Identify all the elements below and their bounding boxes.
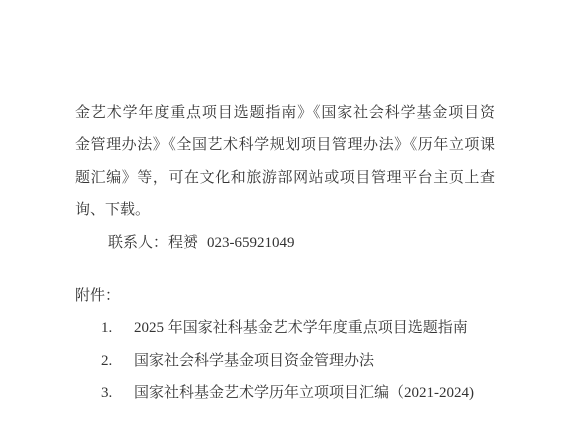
attachment-item-1: 1. 2025 年国家社科基金艺术学年度重点项目选题指南 bbox=[75, 312, 495, 344]
contact-line: 联系人：程赟023-65921049 bbox=[75, 227, 495, 259]
document-page: 金艺术学年度重点项目选题指南》《国家社会科学基金项目资 金管理办法》《全国艺术科… bbox=[0, 0, 568, 428]
paragraph-line-4: 询、下载。 bbox=[75, 194, 495, 226]
attachments-label: 附件： bbox=[75, 280, 495, 312]
contact-phone: 023-65921049 bbox=[207, 235, 295, 251]
attachment-item-3: 3. 国家社科基金艺术学历年立项项目汇编（2021-2024) bbox=[75, 377, 495, 409]
attachment-title: 国家社科基金艺术学历年立项项目汇编（2021-2024) bbox=[134, 377, 474, 409]
attachment-item-2: 2. 国家社会科学基金项目资金管理办法 bbox=[75, 345, 495, 377]
attachment-number: 1. bbox=[101, 312, 134, 344]
contact-name: 程赟 bbox=[168, 235, 198, 251]
paragraph-line-3: 题汇编》等，可在文化和旅游部网站或项目管理平台主页上查 bbox=[75, 162, 495, 194]
document-content: 金艺术学年度重点项目选题指南》《国家社会科学基金项目资 金管理办法》《全国艺术科… bbox=[75, 97, 495, 410]
attachment-number: 3. bbox=[101, 377, 134, 409]
contact-label: 联系人： bbox=[108, 235, 168, 251]
paragraph-line-1: 金艺术学年度重点项目选题指南》《国家社会科学基金项目资 bbox=[75, 97, 495, 129]
attachment-title: 国家社会科学基金项目资金管理办法 bbox=[134, 345, 374, 377]
attachment-title: 2025 年国家社科基金艺术学年度重点项目选题指南 bbox=[134, 312, 468, 344]
paragraph-line-2: 金管理办法》《全国艺术科学规划项目管理办法》《历年立项课 bbox=[75, 129, 495, 161]
attachment-number: 2. bbox=[101, 345, 134, 377]
